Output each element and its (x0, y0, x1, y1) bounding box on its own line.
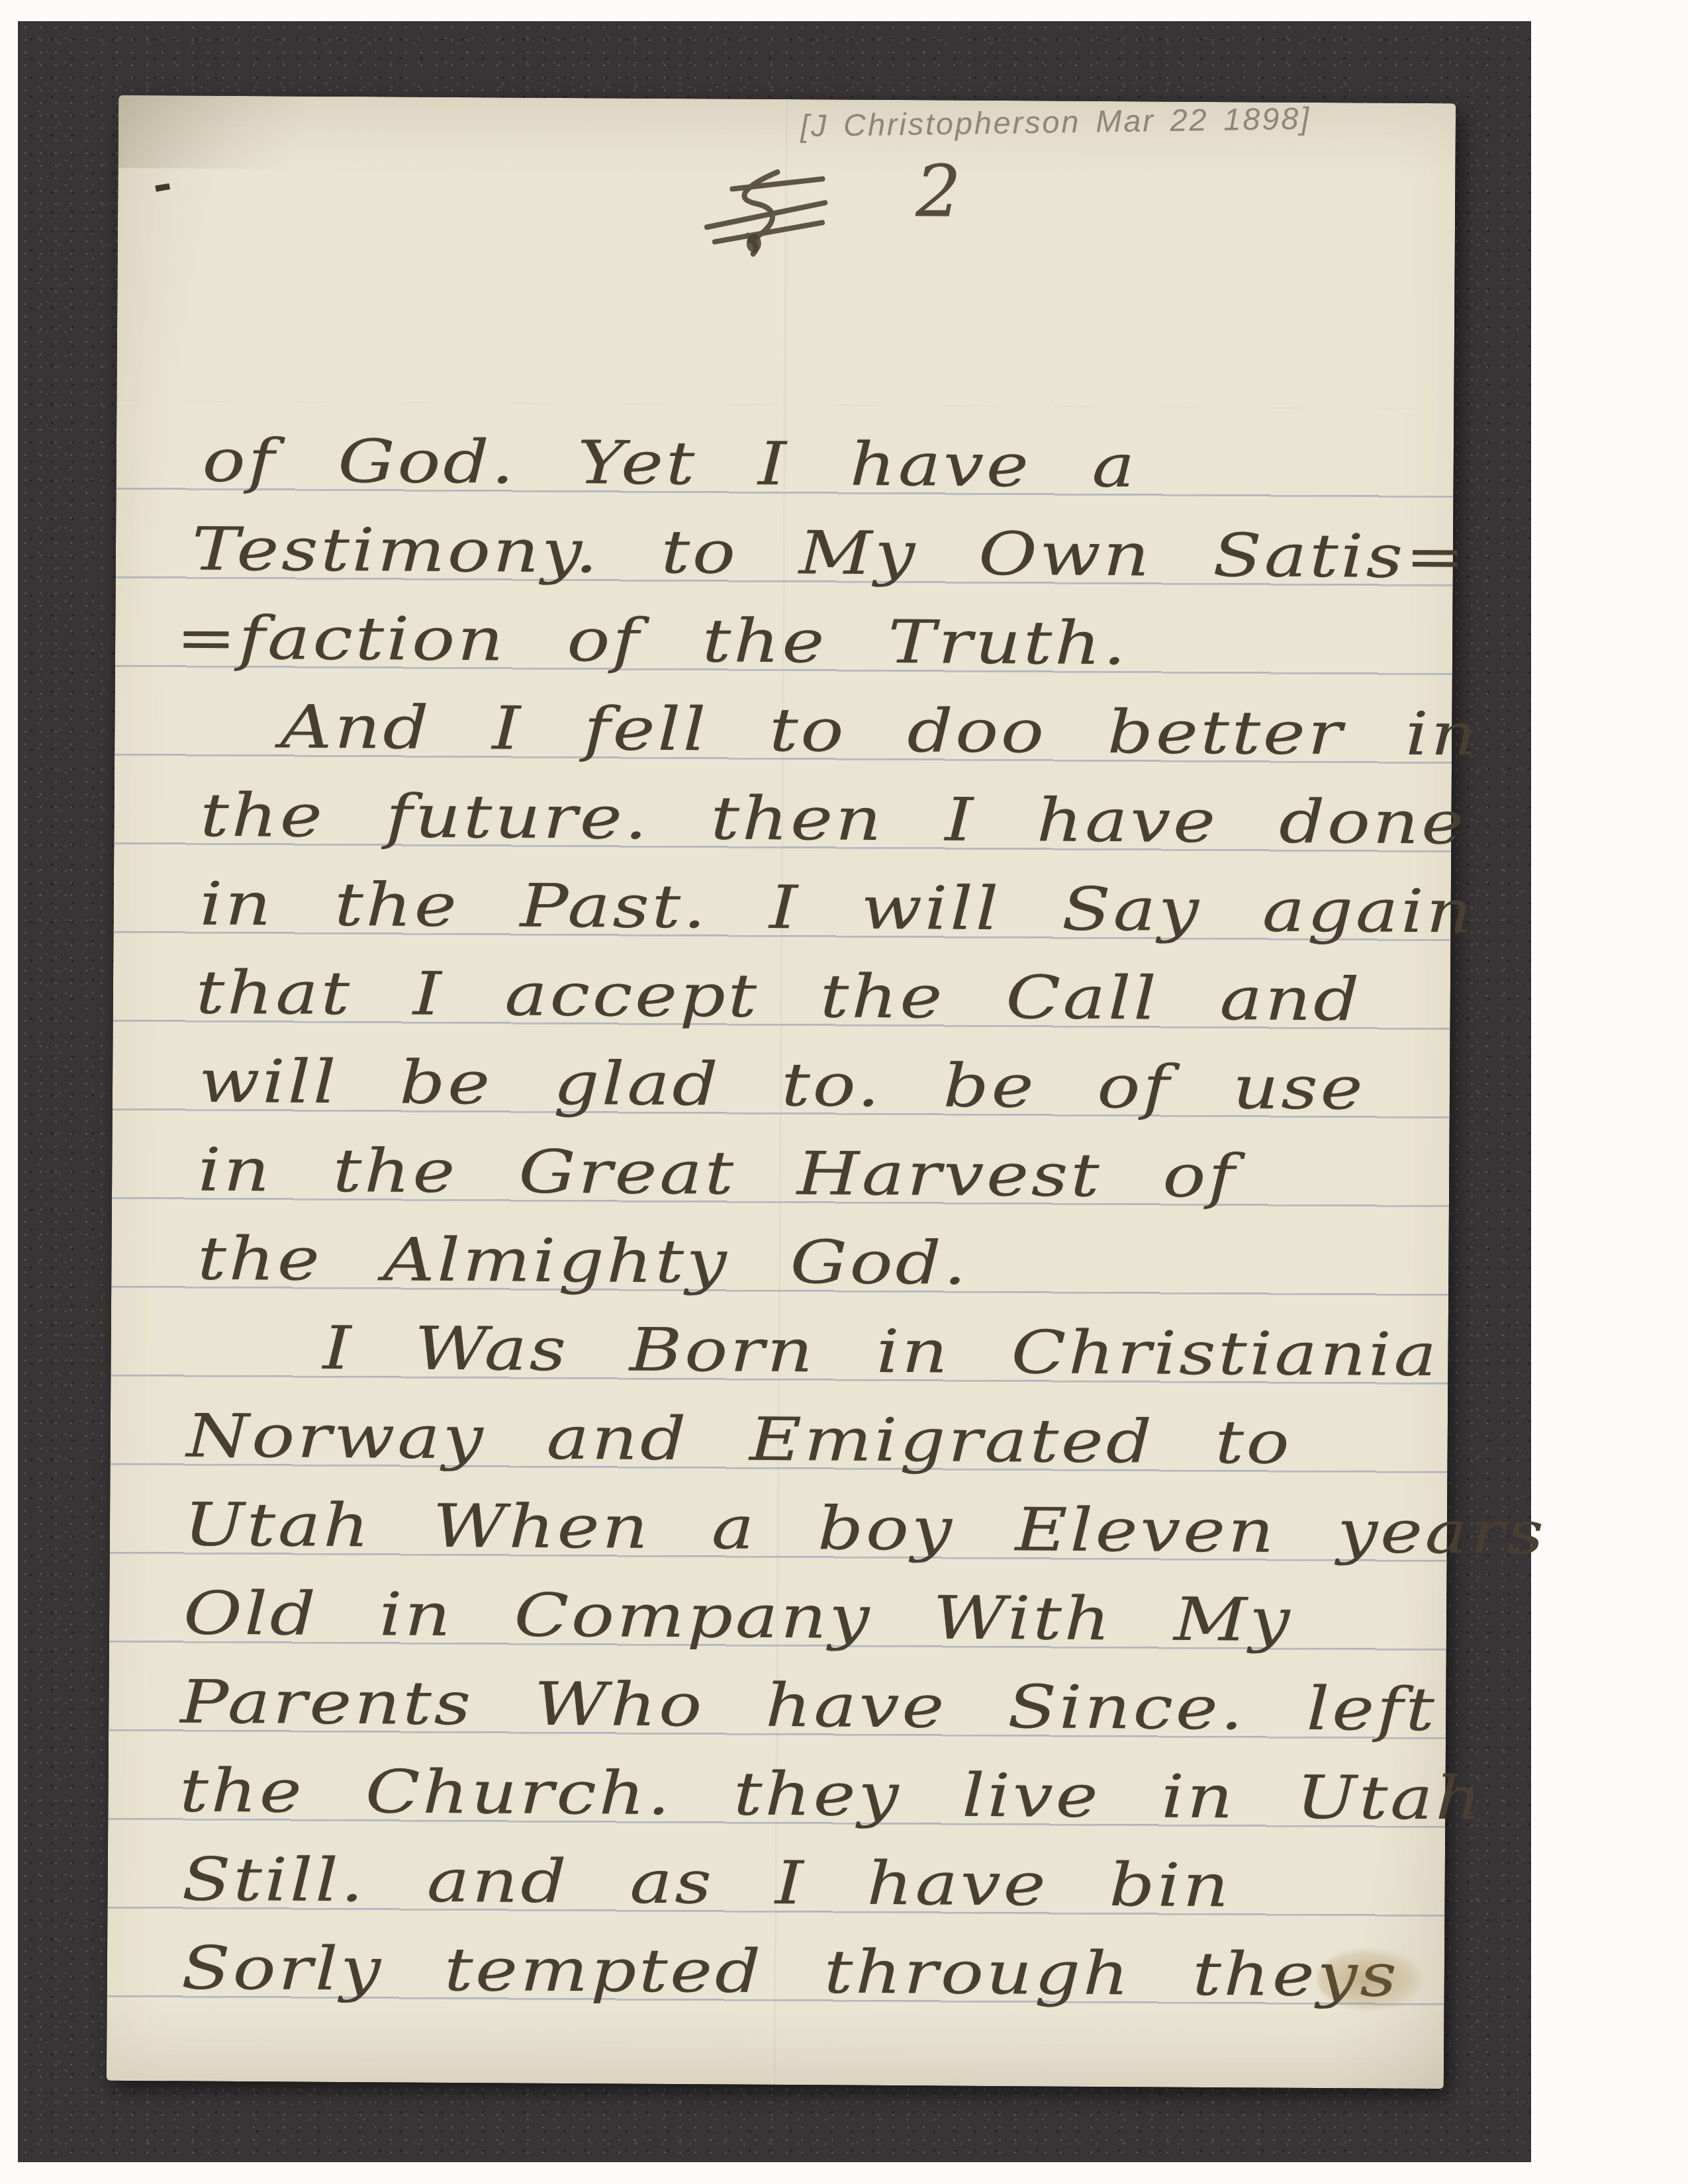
stray-ink-dash: - (152, 176, 173, 193)
handwritten-line: in the Great Harvest of (198, 1126, 1238, 1222)
handwritten-line: Utah When a boy Eleven years (184, 1481, 1546, 1578)
handwritten-line: that I accept the Call and (195, 949, 1362, 1045)
handwritten-line: Parents Who have Since. left (180, 1658, 1437, 1754)
letter-page: [J Christopherson Mar 22 1898] 2 - of Go… (107, 95, 1456, 2089)
page-number: 2 (915, 150, 961, 233)
handwritten-line: I Was Born in Christiania (322, 1304, 1439, 1400)
crossed-out-mark (692, 163, 835, 260)
handwritten-line: And I fell to doo better in (280, 683, 1479, 779)
handwritten-line: the future. then I have done (200, 772, 1466, 868)
archival-note-pencil: [J Christopherson Mar 22 1898] (800, 100, 1311, 144)
handwritten-line: the Almighty God. (197, 1215, 969, 1308)
handwritten-line: will be glad to. be of use (199, 1038, 1366, 1134)
handwritten-line: in the Past. I will Say again (199, 860, 1475, 957)
handwritten-line: Testimony. to My Own Satis= (192, 506, 1468, 602)
scanned-letter-photograph: [J Christopherson Mar 22 1898] 2 - of Go… (0, 0, 1688, 2184)
handwritten-line: Norway and Emigrated to (186, 1392, 1292, 1488)
dark-felt-backdrop: [J Christopherson Mar 22 1898] 2 - of Go… (18, 21, 1531, 2162)
handwritten-line: of God. Yet I have a (202, 417, 1137, 512)
handwritten-line: Sorly tempted through theys (181, 1924, 1399, 2020)
handwritten-line: the Church. they live in Utah (179, 1747, 1484, 1843)
handwritten-line: =faction of the Truth. (176, 594, 1129, 688)
handwritten-line: Still. and as I have bin (181, 1835, 1231, 1931)
handwritten-line: Old in Company With My (183, 1570, 1293, 1665)
